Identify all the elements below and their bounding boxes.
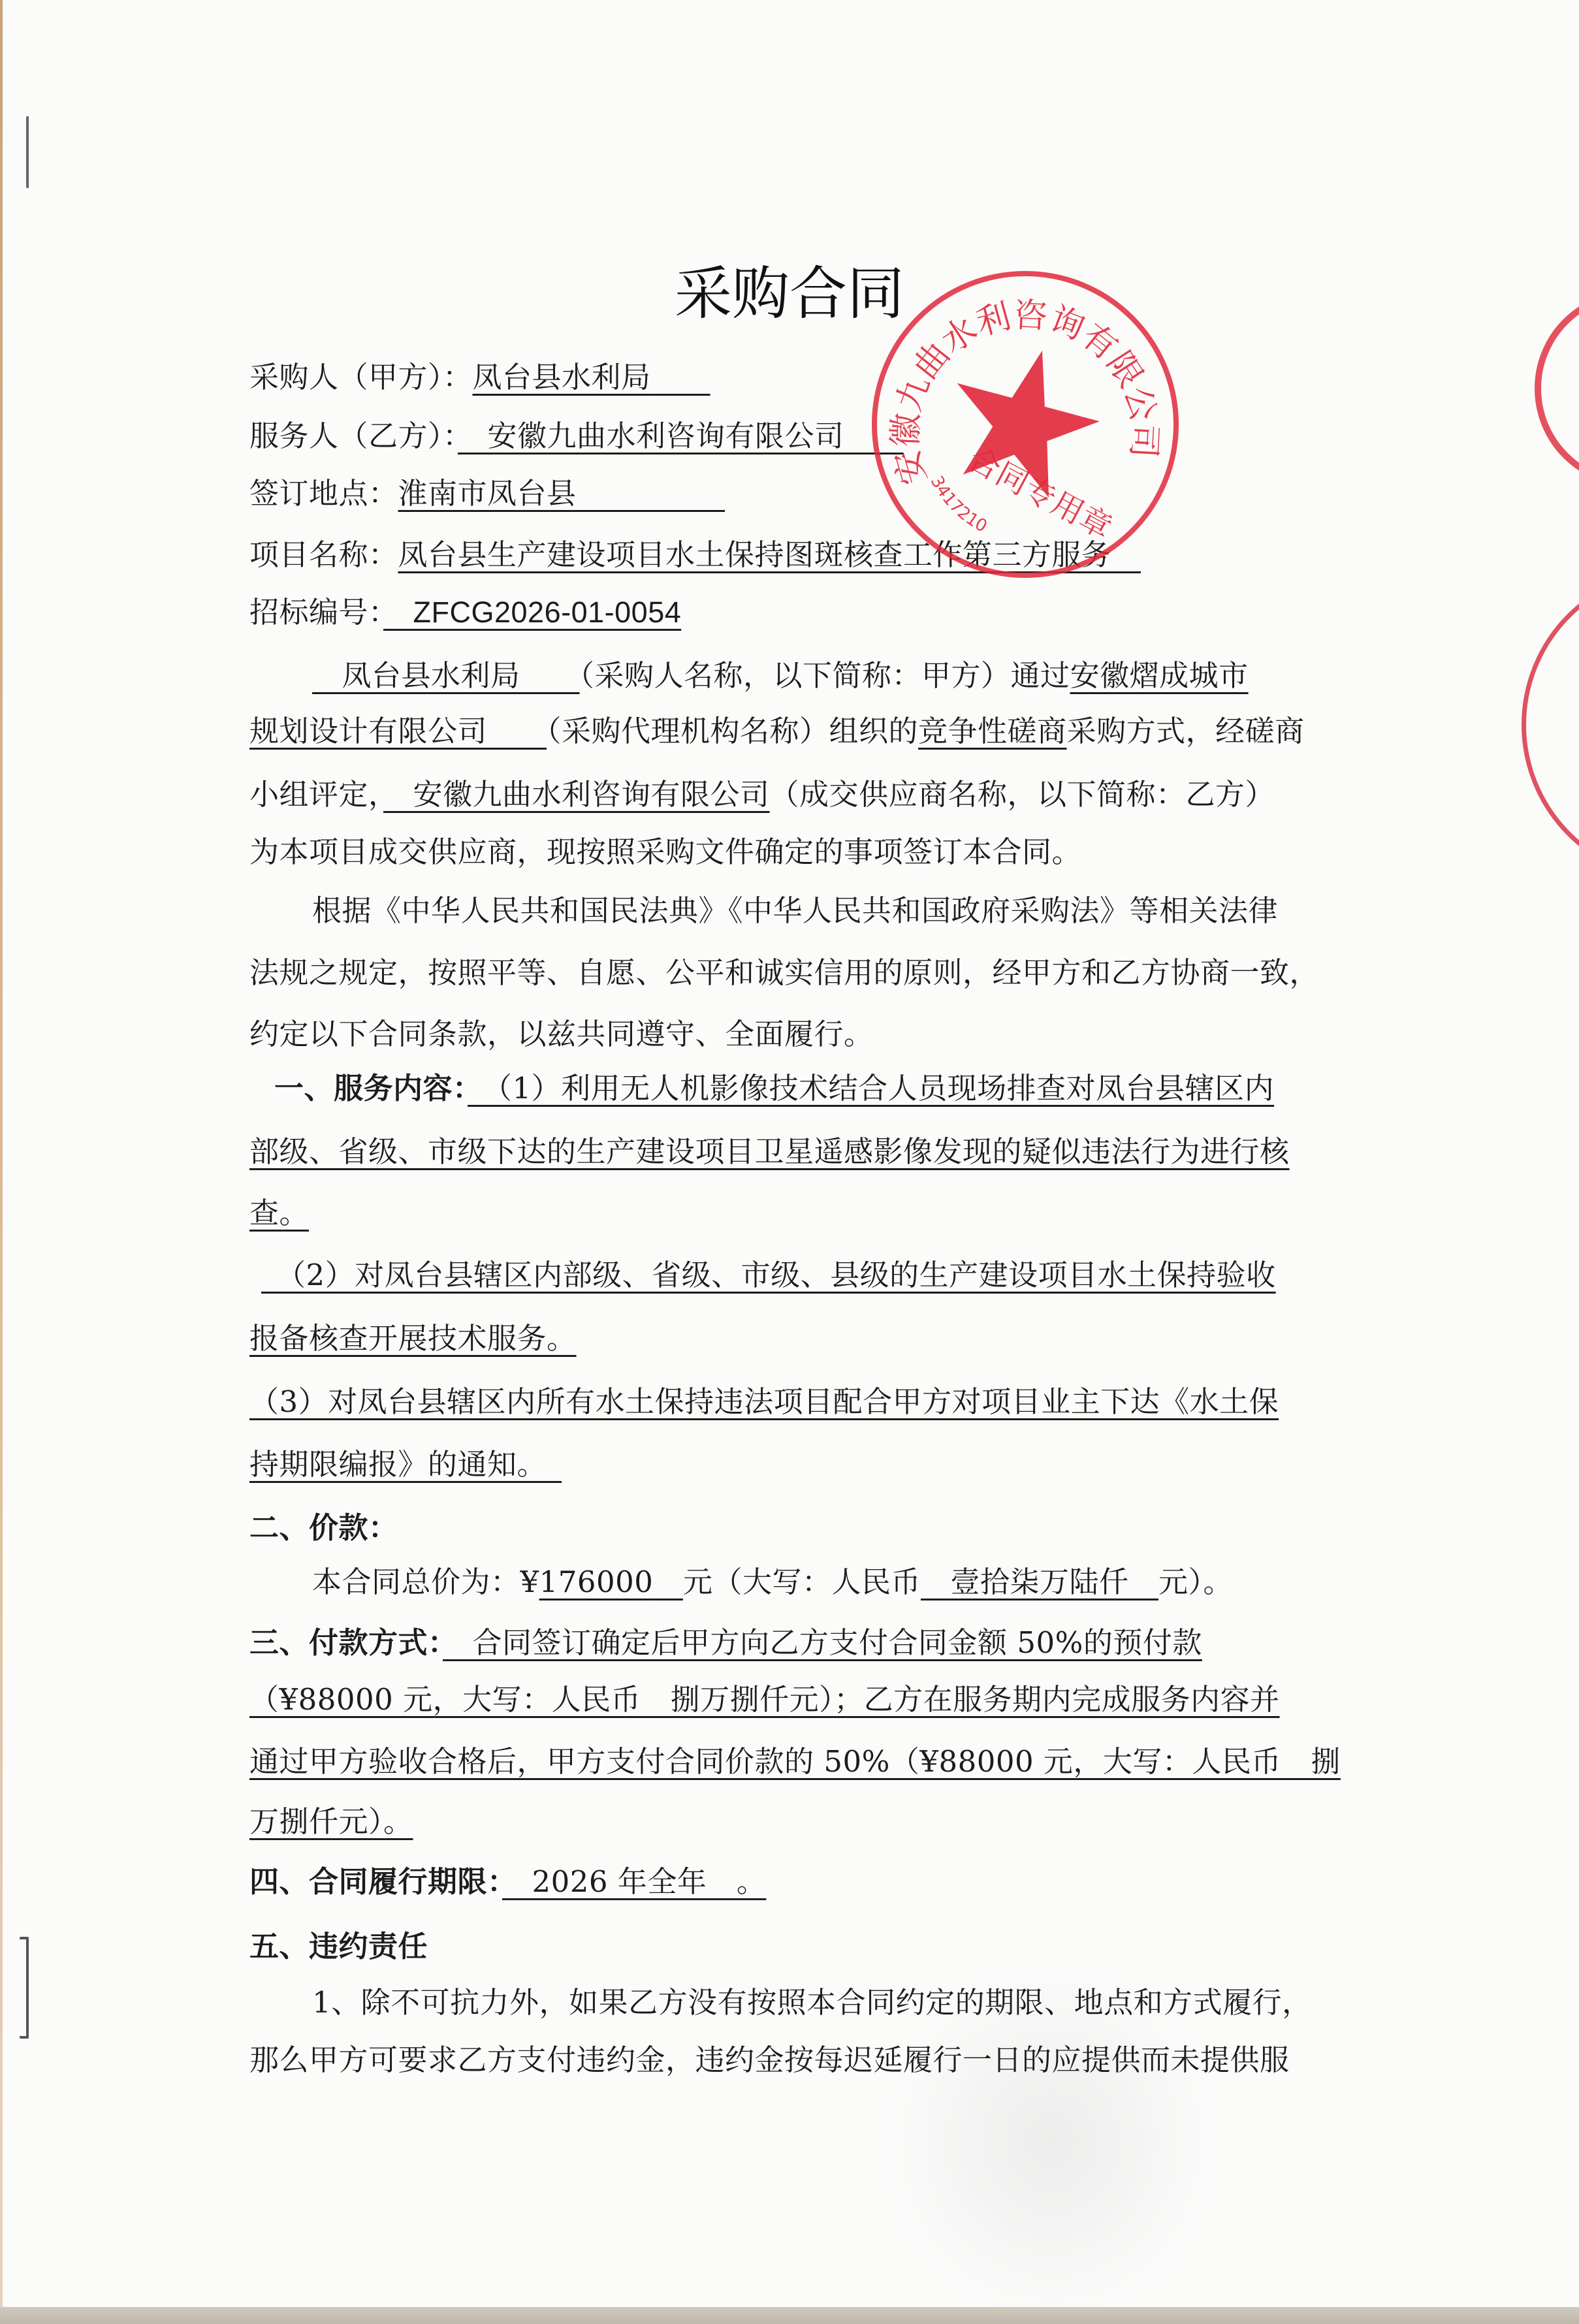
field-value: 凤台县水利局: [473, 360, 710, 394]
field-value: 凤台县生产建设项目水土保持图斑核查工作第三方服务: [398, 537, 1141, 572]
section-5-p1-line-1: 1、除不可抗力外，如果乙方没有按照本合同约定的期限、地点和方式履行，: [249, 1983, 1312, 2022]
basis-line-2: 法规之规定，按照平等、自愿、公平和诚实信用的原则，经甲方和乙方协商一致，: [249, 953, 1319, 993]
page-edge: [0, 0, 3, 2324]
term-value: 2026 年全年: [532, 1864, 707, 1899]
partial-seal-right: [1522, 568, 1579, 882]
section-1-item-3-line-2: 持期限编报》的通知。: [249, 1445, 562, 1484]
field-value: 淮南市凤台县: [398, 476, 726, 511]
field-label: 服务人（乙方）：: [249, 419, 458, 453]
field-value: ZFCG2026-01-0054: [383, 596, 681, 629]
basis-line-1: 根据《中华人民共和国民法典》《中华人民共和国政府采购法》等相关法律: [249, 891, 1278, 931]
amount-in-words: 壹拾柒万陆仟: [950, 1565, 1128, 1599]
field-purchaser: 采购人（甲方）：凤台县水利局: [249, 358, 710, 397]
section-1-item-2-line-2: 报备核查开展技术服务。: [249, 1319, 577, 1358]
field-label: 项目名称：: [249, 537, 398, 572]
section-3-line-3: 通过甲方验收合格后，甲方支付合同价款的 50%（¥88000 元，大写：人民币 …: [249, 1742, 1341, 1781]
document-title: 采购合同: [0, 248, 1579, 330]
field-label: 采购人（甲方）：: [249, 360, 473, 394]
section-3-line-1: 三、付款方式： 合同签订确定后甲方向乙方支付合同金额 50%的预付款: [249, 1623, 1202, 1663]
field-tender-number: 招标编号： ZFCG2026-01-0054: [249, 593, 681, 632]
svg-text:3417210: 3417210: [927, 473, 991, 537]
field-label: 招标编号：: [249, 595, 383, 629]
field-value: 安徽九曲水利咨询有限公司: [458, 419, 904, 453]
staple-mark-bottom: [20, 1937, 29, 2039]
intro-line-2: 规划设计有限公司 （采购代理机构名称）组织的竞争性磋商采购方式，经磋商: [249, 712, 1305, 751]
field-label: 签订地点：: [249, 476, 398, 511]
field-project-name: 项目名称：凤台县生产建设项目水土保持图斑核查工作第三方服务: [249, 535, 1141, 575]
field-signing-place: 签订地点：淮南市凤台县: [249, 474, 725, 513]
section-heading: 四、合同履行期限：: [249, 1864, 502, 1899]
contract-amount: 176000: [539, 1565, 654, 1599]
basis-line-3: 约定以下合同条款，以兹共同遵守、全面履行。: [249, 1015, 874, 1054]
field-service-provider: 服务人（乙方）： 安徽九曲水利咨询有限公司: [249, 417, 904, 456]
page-edge-bottom: [0, 2307, 1579, 2324]
section-4-line: 四、合同履行期限： 2026 年全年 。: [249, 1862, 766, 1902]
section-1-line-2: 部级、省级、市级下达的生产建设项目卫星遥感影像发现的疑似违法行为进行核: [249, 1132, 1290, 1171]
star-icon: [934, 332, 1113, 505]
staple-mark-top: [26, 116, 33, 188]
svg-text:合同专用章: 合同专用章: [962, 441, 1117, 547]
section-1-item-2-line-1: （2）对凤台县辖区内部级、省级、市级、县级的生产建设项目水土保持验收: [261, 1256, 1276, 1295]
section-2-heading: 二、价款：: [249, 1508, 398, 1548]
section-5-heading: 五、违约责任: [249, 1927, 428, 1966]
section-3-line-2: （¥88000 元，大写：人民币 捌万捌仟元）；乙方在服务期内完成服务内容并: [249, 1680, 1280, 1719]
section-1-item-3-line-1: （3）对凤台县辖区内所有水土保持违法项目配合甲方对项目业主下达《水土保: [249, 1382, 1279, 1422]
section-1-line-1: 一、服务内容： （1）利用无人机影像技术结合人员现场排查对凤台县辖区内: [274, 1069, 1274, 1108]
section-heading: 一、服务内容：: [274, 1071, 468, 1106]
intro-line-3: 小组评定， 安徽九曲水利咨询有限公司（成交供应商名称，以下简称：乙方）: [249, 775, 1275, 814]
intro-line-4: 为本项目成交供应商，现按照采购文件确定的事项签订本合同。: [249, 833, 1081, 872]
section-1-line-3: 查。: [249, 1194, 309, 1233]
section-5-p1-line-2: 那么甲方可要求乙方支付违约金，违约金按每迟延履行一日的应提供而未提供服: [249, 2041, 1290, 2080]
section-2-price-line: 本合同总价为：¥176000 元（大写：人民币 壹拾柒万陆仟 元）。: [249, 1563, 1233, 1602]
section-heading: 三、付款方式：: [249, 1625, 443, 1660]
intro-line-1: 凤台县水利局 （采购人名称，以下简称：甲方）通过安徽熠成城市: [249, 656, 1249, 695]
section-3-line-4: 万捌仟元）。: [249, 1802, 413, 1841]
